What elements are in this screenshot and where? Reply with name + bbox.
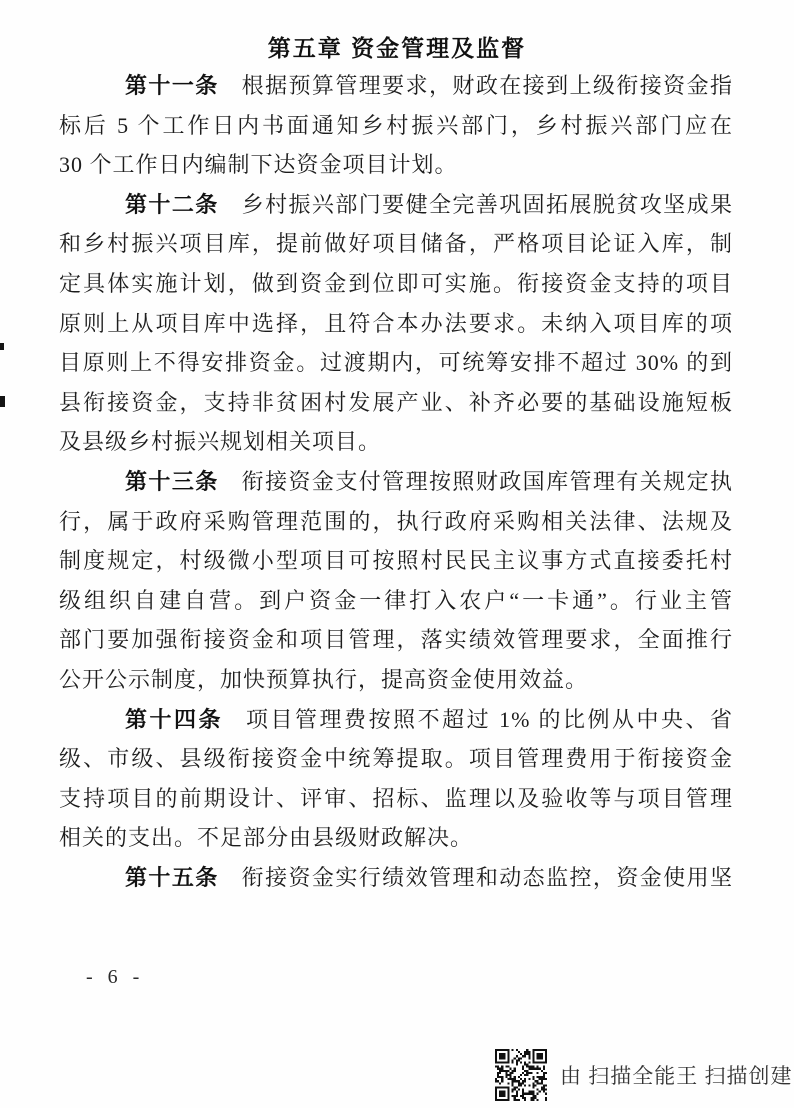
scanned-document-page: 第五章 资金管理及监督 第十一条根据预算管理要求，财政在接到上级衔接资金指 标后…	[0, 0, 794, 1108]
body-line: 第十一条根据预算管理要求，财政在接到上级衔接资金指	[59, 66, 733, 106]
body-line: 行，属于政府采购管理范围的，执行政府采购相关法律、法规及	[59, 502, 733, 542]
body-line: 和乡村振兴项目库，提前做好项目储备，严格项目论证入库，制	[59, 224, 733, 264]
scanner-credit: 由 扫描全能王 扫描创建	[495, 1046, 793, 1104]
article-15-paragraph: 第十五条衔接资金实行绩效管理和动态监控，资金使用坚	[59, 858, 733, 898]
article-14-paragraph: 第十四条项目管理费按照不超过 1% 的比例从中央、省 级、市级、县级衔接资金中统…	[59, 700, 733, 858]
article-12-label: 第十二条	[125, 192, 219, 217]
scan-artifact-mark	[0, 396, 5, 407]
qr-code-icon	[495, 1047, 547, 1103]
article-11-paragraph: 第十一条根据预算管理要求，财政在接到上级衔接资金指 标后 5 个工作日内书面通知…	[59, 66, 733, 185]
article-11-label: 第十一条	[125, 73, 219, 98]
body-line: 及县级乡村振兴规划相关项目。	[59, 422, 733, 462]
body-line: 公开公示制度，加快预算执行，提高资金使用效益。	[59, 660, 733, 700]
document-body: 第十一条根据预算管理要求，财政在接到上级衔接资金指 标后 5 个工作日内书面通知…	[59, 66, 733, 897]
body-line: 相关的支出。不足部分由县级财政解决。	[59, 818, 733, 858]
body-line: 定具体实施计划，做到资金到位即可实施。衔接资金支持的项目	[59, 264, 733, 304]
body-line: 第十二条乡村振兴部门要健全完善巩固拓展脱贫攻坚成果	[59, 185, 733, 225]
body-line: 部门要加强衔接资金和项目管理，落实绩效管理要求，全面推行	[59, 620, 733, 660]
article-14-label: 第十四条	[125, 707, 223, 732]
scanner-credit-text: 由 扫描全能王 扫描创建	[560, 1060, 793, 1090]
scan-artifact-mark	[0, 343, 4, 350]
body-line: 县衔接资金，支持非贫困村发展产业、补齐必要的基础设施短板	[59, 383, 733, 423]
body-line: 原则上从项目库中选择，且符合本办法要求。未纳入项目库的项	[59, 304, 733, 344]
article-15-label: 第十五条	[125, 865, 219, 890]
body-line: 制度规定，村级微小型项目可按照村民民主议事方式直接委托村	[59, 541, 733, 581]
article-13-paragraph: 第十三条衔接资金支付管理按照财政国库管理有关规定执 行，属于政府采购管理范围的，…	[59, 462, 733, 700]
article-line-text: 衔接资金支付管理按照财政国库管理有关规定执	[242, 469, 733, 494]
article-line-text: 乡村振兴部门要健全完善巩固拓展脱贫攻坚成果	[242, 192, 733, 217]
article-13-label: 第十三条	[125, 469, 219, 494]
article-12-paragraph: 第十二条乡村振兴部门要健全完善巩固拓展脱贫攻坚成果 和乡村振兴项目库，提前做好项…	[59, 185, 733, 462]
article-line-text: 根据预算管理要求，财政在接到上级衔接资金指	[242, 73, 733, 98]
article-line-text: 项目管理费按照不超过 1% 的比例从中央、省	[246, 707, 733, 732]
body-line: 标后 5 个工作日内书面通知乡村振兴部门，乡村振兴部门应在	[59, 106, 733, 146]
body-line: 第十四条项目管理费按照不超过 1% 的比例从中央、省	[59, 700, 733, 740]
body-line: 支持项目的前期设计、评审、招标、监理以及验收等与项目管理	[59, 779, 733, 819]
body-line: 级组织自建自营。到户资金一律打入农户“一卡通”。行业主管	[59, 581, 733, 621]
chapter-title: 第五章 资金管理及监督	[0, 30, 794, 63]
body-line: 目原则上不得安排资金。过渡期内，可统筹安排不超过 30% 的到	[59, 343, 733, 383]
page-number: - 6 -	[86, 966, 144, 989]
body-line: 第十三条衔接资金支付管理按照财政国库管理有关规定执	[59, 462, 733, 502]
article-line-text: 衔接资金实行绩效管理和动态监控，资金使用坚	[242, 865, 733, 890]
body-line: 第十五条衔接资金实行绩效管理和动态监控，资金使用坚	[59, 858, 733, 898]
body-line: 级、市级、县级衔接资金中统筹提取。项目管理费用于衔接资金	[59, 739, 733, 779]
body-line: 30 个工作日内编制下达资金项目计划。	[59, 145, 733, 185]
